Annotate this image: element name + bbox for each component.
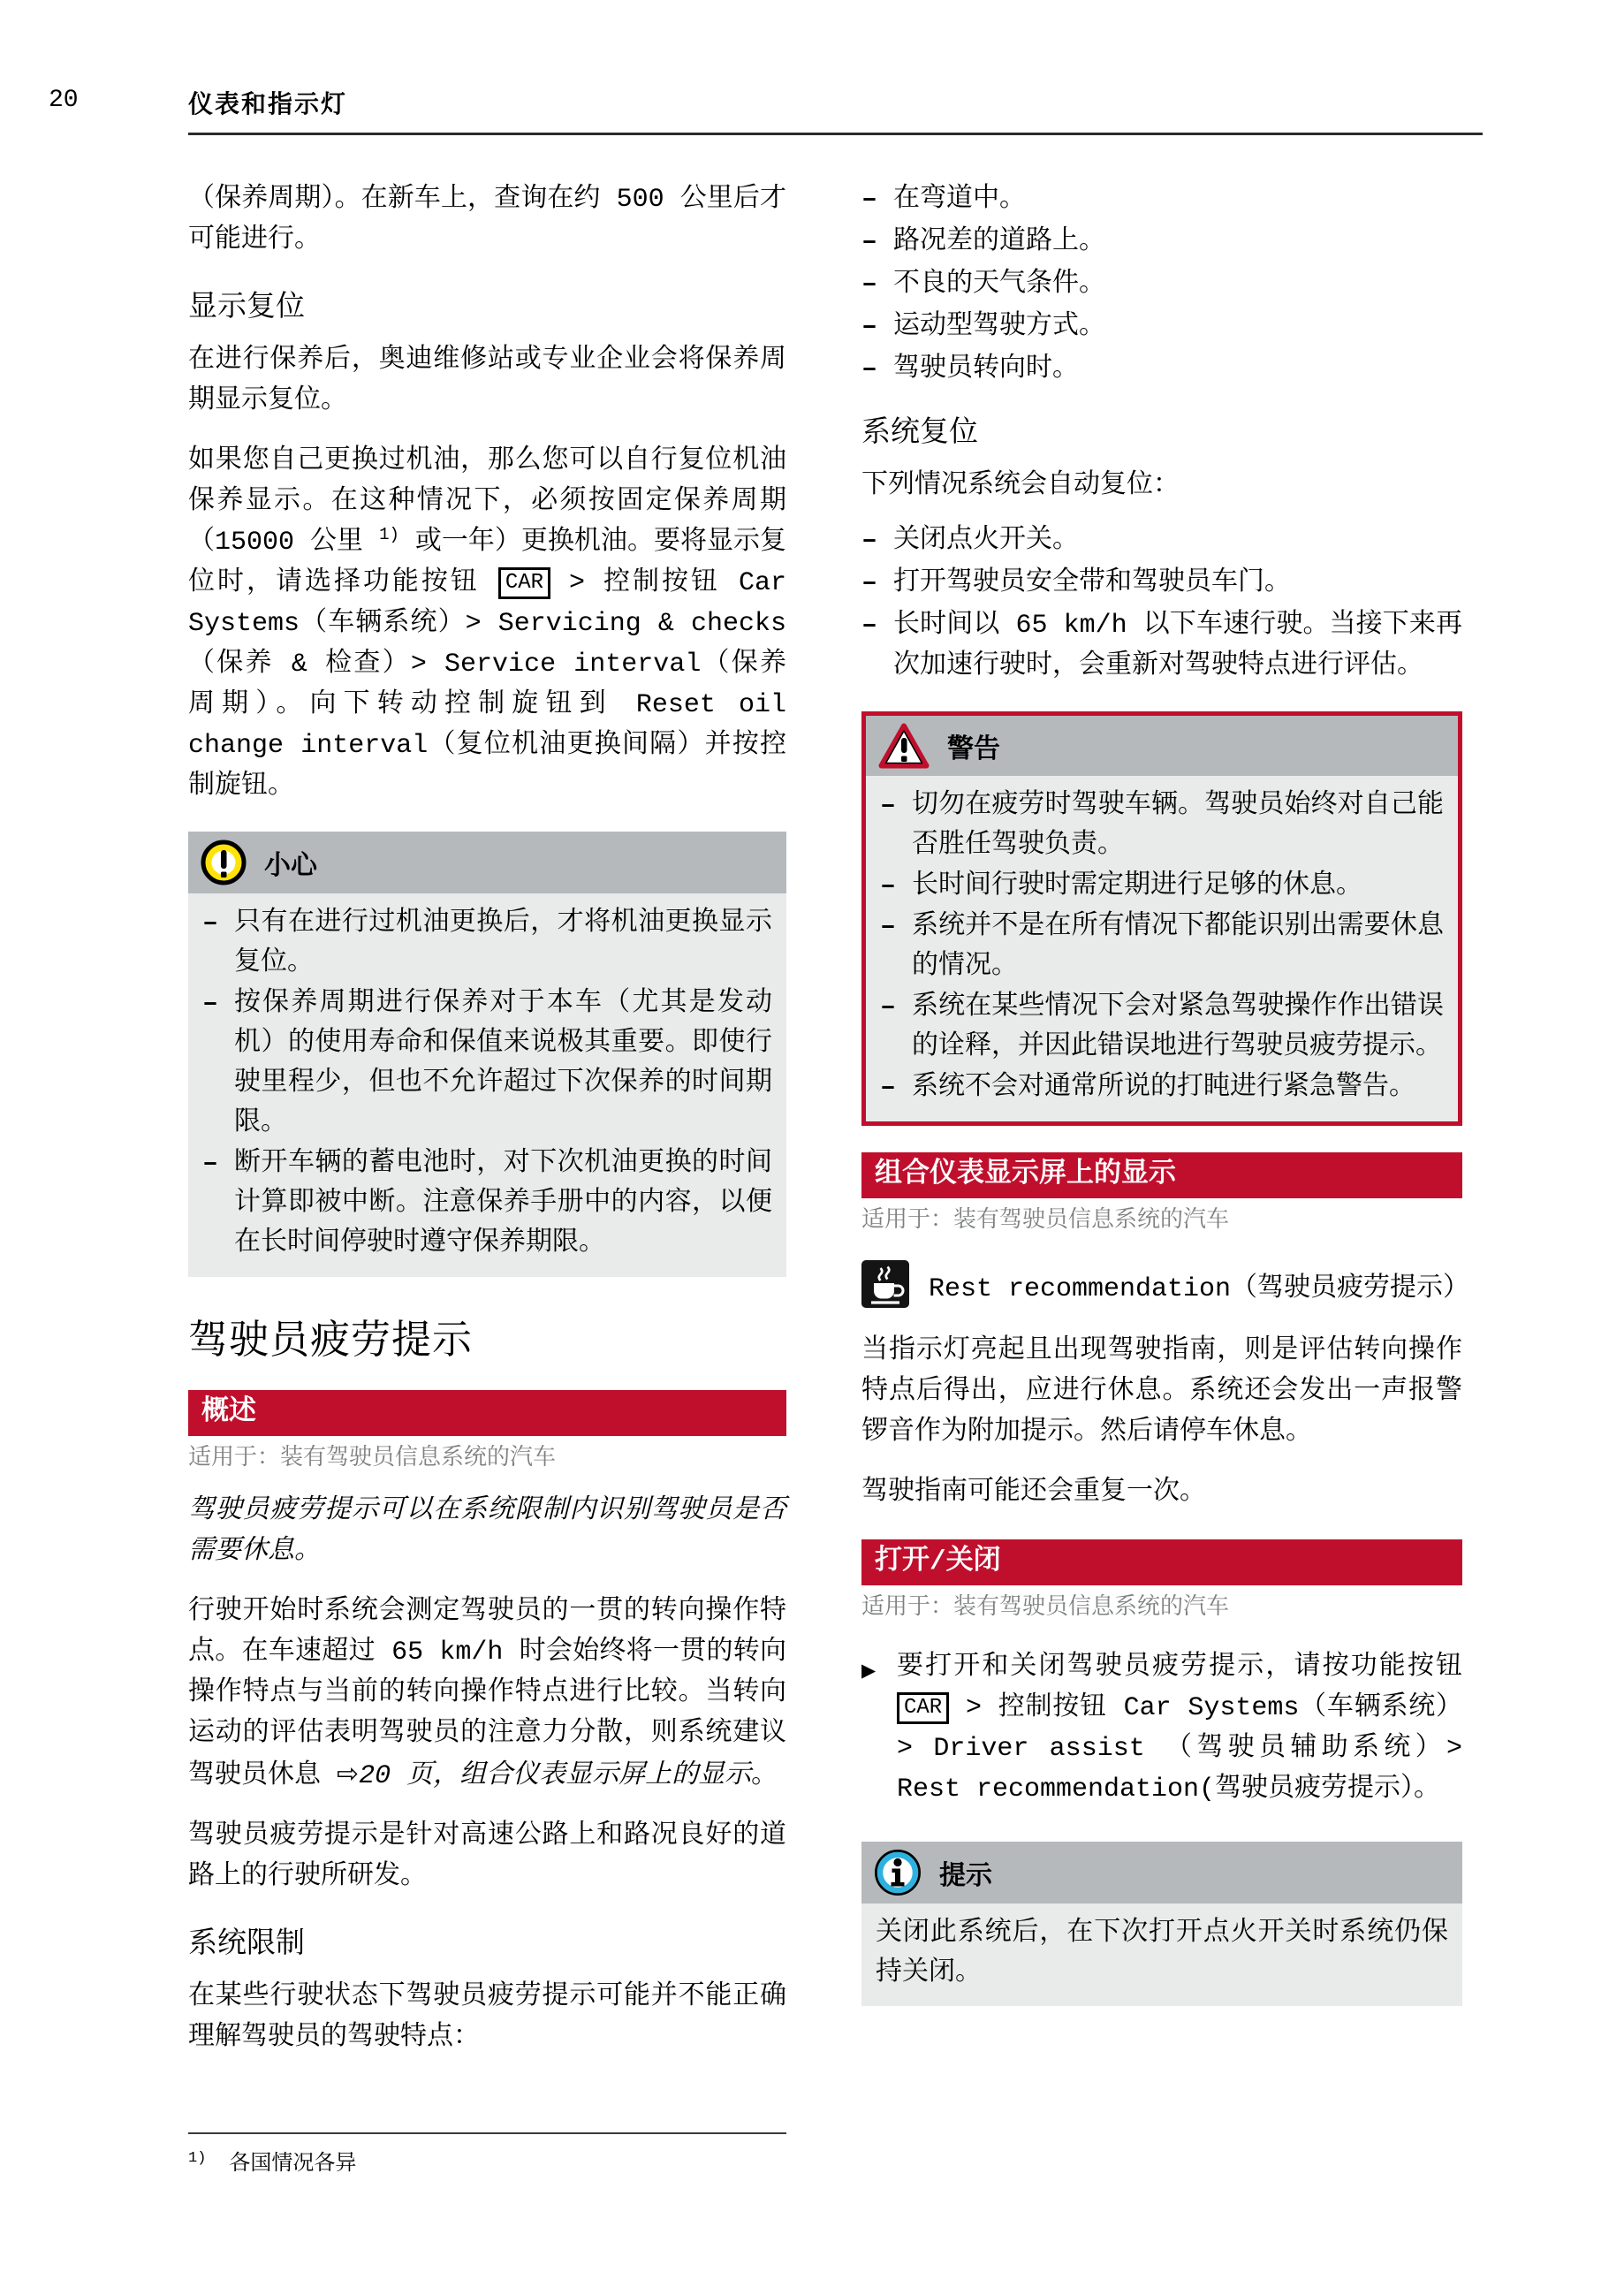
paragraph-reset-intro: 下列情况系统会自动复位： xyxy=(861,466,1462,506)
section-bar-instrument-display: 组合仪表显示屏上的显示 xyxy=(861,1152,1462,1198)
paragraph-segment: 要打开和关闭驾驶员疲劳提示，请按功能按钮 xyxy=(897,1653,1462,1683)
heading-display-reset: 显示复位 xyxy=(188,291,786,326)
list-item: 打开驾驶员安全带和驾驶员车门。 xyxy=(861,563,1462,604)
paragraph-segment: > 控制按钮 Car Systems（车辆系统）> Driver assist … xyxy=(897,1693,1462,1805)
limit-condition-list: 在弯道中。 路况差的道路上。 不良的天气条件。 运动型驾驶方式。 驾驶员转向时。 xyxy=(861,179,1462,390)
list-item: 驾驶员转向时。 xyxy=(861,349,1462,390)
caution-icon xyxy=(201,840,247,885)
note-box: 提示 关闭此系统后，在下次打开点火开关时系统仍保持关闭。 xyxy=(861,1842,1462,2006)
warning-item: 系统并不是在所有情况下都能识别出需要休息的情况。 xyxy=(880,908,1444,987)
footnote-area: 1)各国情况各异 xyxy=(188,2132,786,2179)
list-item: 关闭点火开关。 xyxy=(861,521,1462,561)
caution-box: 小心 只有在进行过机油更换后，才将机油更换显示复位。 按保养周期进行保养对于本车… xyxy=(188,832,786,1277)
list-item: 路况差的道路上。 xyxy=(861,222,1462,262)
caution-box-header: 小心 xyxy=(188,832,786,893)
paragraph-indicator-meaning: 当指示灯亮起且出现驾驶指南，则是评估转向操作特点后得出，应进行休息。系统还会发出… xyxy=(861,1331,1462,1453)
list-item: 在弯道中。 xyxy=(861,179,1462,220)
chapter-heading-driver-fatigue: 驾驶员疲劳提示 xyxy=(188,1319,786,1367)
paragraph-fatigue-detection: 行驶开始时系统会测定驾驶员的一贯的转向操作特点。在车速超过 65 km/h 时会… xyxy=(188,1592,786,1797)
heading-system-limits: 系统限制 xyxy=(188,1927,786,1963)
warning-triangle-icon xyxy=(878,723,930,769)
header-title: 仪表和指示灯 xyxy=(188,85,1624,120)
car-function-button: CAR xyxy=(897,1692,949,1724)
note-title: 提示 xyxy=(939,1853,992,1893)
warning-item: 系统在某些情况下会对紧急驾驶操作作出错误的诠释，并因此错误地进行驾驶员疲劳提示。 xyxy=(880,988,1444,1068)
paragraph-reset-procedure: 如果您自己更换过机油，那么您可以自行复位机油保养显示。在这种情况下，必须按固定保… xyxy=(188,441,786,807)
page-number: 20 xyxy=(49,87,79,114)
rest-recommendation-icon xyxy=(861,1260,909,1308)
section-bar-on-off: 打开/关闭 xyxy=(861,1539,1462,1585)
footnote-text: 各国情况各异 xyxy=(229,2153,356,2177)
list-item: 长时间以 65 km/h 以下车速行驶。当接下来再次加速行驶时，会重新对驾驶特点… xyxy=(861,605,1462,687)
note-box-body: 关闭此系统后，在下次打开点火开关时系统仍保持关闭。 xyxy=(861,1903,1462,2006)
warning-box-header: 警告 xyxy=(866,716,1458,776)
paragraph-segment: > 控制按钮 Car Systems（车辆系统）> Servicing & ch… xyxy=(188,568,786,802)
header-rule xyxy=(188,133,1483,135)
warning-item: 切勿在疲劳时驾驶车辆。驾驶员始终对自己能否胜任驾驶负责。 xyxy=(880,786,1444,866)
indicator-label: Rest recommendation（驾驶员疲劳提示） xyxy=(929,1265,1462,1304)
content-columns: （保养周期）。在新车上，查询在约 500 公里后才可能进行。 显示复位 在进行保… xyxy=(188,179,1483,2179)
applies-note: 适用于：装有驾驶员信息系统的汽车 xyxy=(861,1592,1462,1622)
indicator-row: Rest recommendation（驾驶员疲劳提示） xyxy=(861,1260,1462,1308)
cross-ref-arrow-icon: ⇨ xyxy=(337,1759,359,1789)
caution-title: 小心 xyxy=(264,843,317,883)
car-function-button: CAR xyxy=(498,567,550,599)
caution-item: 只有在进行过机油更换后，才将机油更换显示复位。 xyxy=(202,904,772,984)
footnote-line: 1)各国情况各异 xyxy=(188,2145,786,2179)
warning-box: 警告 切勿在疲劳时驾驶车辆。驾驶员始终对自己能否胜任驾驶负责。 长时间行驶时需定… xyxy=(861,711,1462,1126)
right-column: 在弯道中。 路况差的道路上。 不良的天气条件。 运动型驾驶方式。 驾驶员转向时。… xyxy=(861,179,1462,2006)
note-text: 关闭此系统后，在下次打开点火开关时系统仍保持关闭。 xyxy=(876,1914,1448,1994)
reset-condition-list: 关闭点火开关。 打开驾驶员安全带和驾驶员车门。 长时间以 65 km/h 以下车… xyxy=(861,521,1462,687)
warning-item: 系统不会对通常所说的打盹进行紧急警告。 xyxy=(880,1068,1444,1108)
paragraph-segment: 。 xyxy=(751,1761,778,1791)
note-box-header: 提示 xyxy=(861,1842,1462,1903)
paragraph-guide-repeat: 驾驶指南可能还会重复一次。 xyxy=(861,1472,1462,1513)
applies-note: 适用于：装有驾驶员信息系统的汽车 xyxy=(861,1205,1462,1235)
cross-ref-target: 20 页，组合仪表显示屏上的显示 xyxy=(359,1761,751,1791)
info-icon xyxy=(874,1849,922,1896)
heading-system-reset: 系统复位 xyxy=(861,416,1462,452)
footnote-reference: 1) xyxy=(379,525,399,544)
caution-item: 断开车辆的蓄电池时，对下次机油更换的时间计算即被中断。注意保养手册中的内容，以便… xyxy=(202,1144,772,1264)
footnote-marker: 1) xyxy=(188,2150,206,2167)
paragraph-system-limits: 在某些行驶状态下驾驶员疲劳提示可能并不能正确理解驾驶员的驾驶特点： xyxy=(188,1977,786,2058)
onoff-step-item: 要打开和关闭驾驶员疲劳提示，请按功能按钮 CAR > 控制按钮 Car Syst… xyxy=(861,1647,1462,1810)
applies-note: 适用于：装有驾驶员信息系统的汽车 xyxy=(188,1443,786,1473)
paragraph-reset-workshop: 在进行保养后，奥迪维修站或专业企业会将保养周期显示复位。 xyxy=(188,340,786,422)
list-item: 运动型驾驶方式。 xyxy=(861,307,1462,347)
warning-box-body: 切勿在疲劳时驾驶车辆。驾驶员始终对自己能否胜任驾驶负责。 长时间行驶时需定期进行… xyxy=(866,776,1458,1121)
left-column: （保养周期）。在新车上，查询在约 500 公里后才可能进行。 显示复位 在进行保… xyxy=(188,179,786,2179)
warning-item: 长时间行驶时需定期进行足够的休息。 xyxy=(880,867,1444,907)
intro-paragraph: （保养周期）。在新车上，查询在约 500 公里后才可能进行。 xyxy=(188,179,786,261)
section-bar-overview: 概述 xyxy=(188,1390,786,1436)
page-header: 20 仪表和指示灯 xyxy=(0,0,1624,135)
caution-box-body: 只有在进行过机油更换后，才将机油更换显示复位。 按保养周期进行保养对于本车（尤其… xyxy=(188,893,786,1277)
paragraph-fatigue-intro: 驾驶员疲劳提示可以在系统限制内识别驾驶员是否需要休息。 xyxy=(188,1491,786,1572)
paragraph-fatigue-design: 驾驶员疲劳提示是针对高速公路上和路况良好的道路上的行驶所研发。 xyxy=(188,1816,786,1897)
warning-title: 警告 xyxy=(947,726,1000,766)
caution-item: 按保养周期进行保养对于本车（尤其是发动机）的使用寿命和保值来说极其重要。即使行驶… xyxy=(202,984,772,1144)
list-item: 不良的天气条件。 xyxy=(861,264,1462,305)
